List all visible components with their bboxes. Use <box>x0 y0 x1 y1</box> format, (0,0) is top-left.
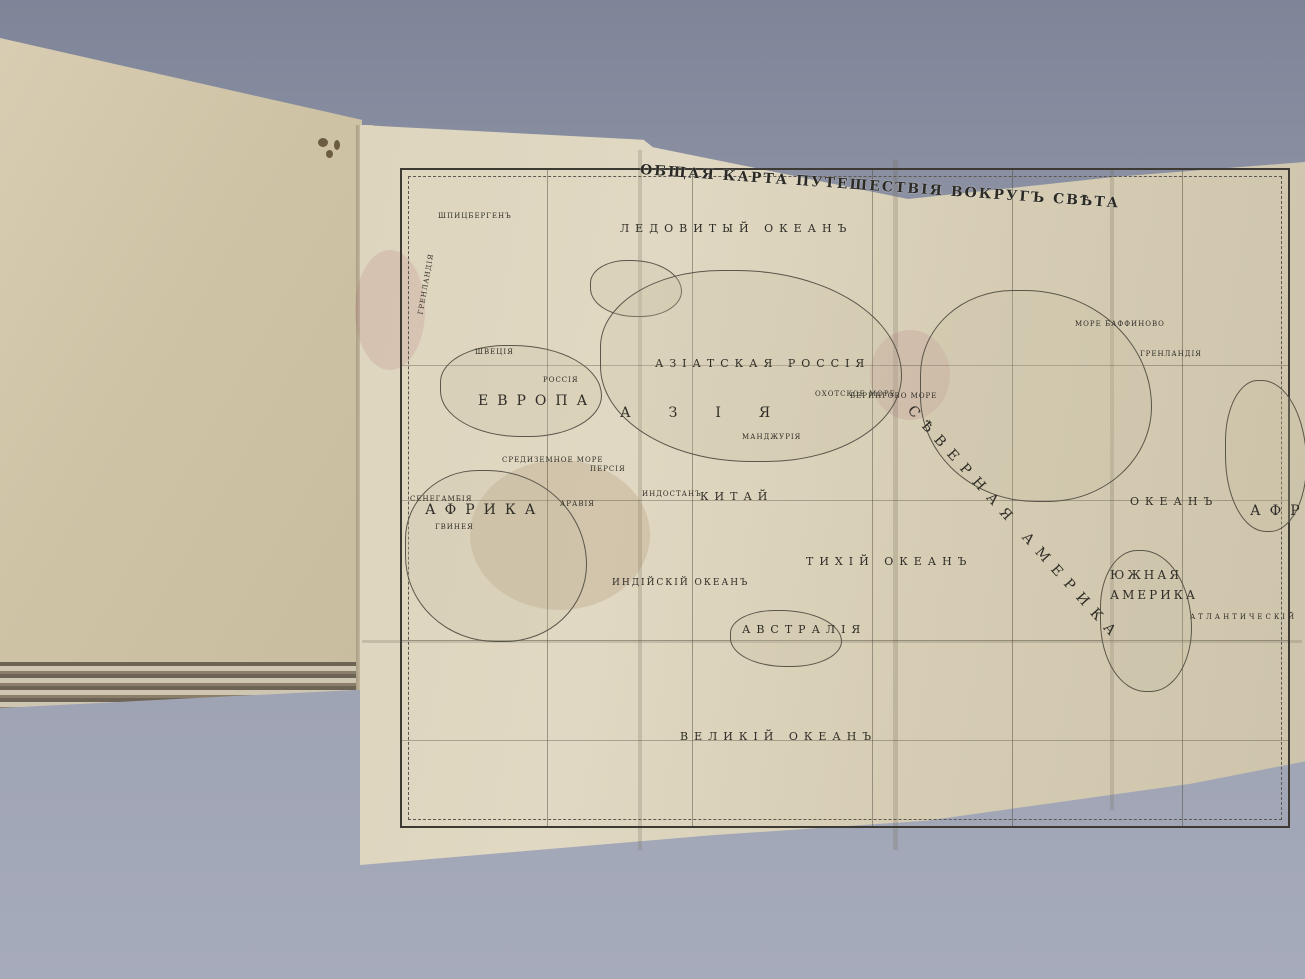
book-left-page <box>0 38 362 668</box>
label-ocean: ОКЕАНЪ <box>1130 495 1218 508</box>
label-russia: РОССІЯ <box>543 376 579 384</box>
label-sweden: ШВЕЦІЯ <box>475 348 514 356</box>
label-baffin-sea: МОРЕ БАФФИНОВО <box>1075 320 1165 328</box>
label-spitsbergen: ШПИЦБЕРГЕНЪ <box>438 212 512 220</box>
label-manchuria: МАНДЖУРІЯ <box>742 433 801 441</box>
stain-spot <box>334 140 340 150</box>
label-south-america-2: АМЕРИКА <box>1110 588 1198 602</box>
label-africa-right: АФРИКА <box>1250 503 1305 519</box>
label-arabia: АРАВІЯ <box>560 500 595 508</box>
stain-spot <box>318 138 328 147</box>
label-africa: АФРИКА <box>425 502 544 518</box>
label-south-america-1: ЮЖНАЯ <box>1110 568 1182 582</box>
label-persia: ПЕРСІЯ <box>590 465 626 473</box>
label-europe: ЕВРОПА <box>478 393 596 409</box>
label-asia: АЗІЯ <box>620 405 808 421</box>
label-china: КИТАЙ <box>700 490 773 503</box>
label-mediterranean: СРЕДИЗЕМНОЕ МОРЕ <box>502 456 604 464</box>
label-indian-ocean: ИНДІЙСКІЙ ОКЕАНЪ <box>612 578 749 588</box>
stain-spot <box>326 150 333 158</box>
label-pacific-ocean: ТИХІЙ ОКЕАНЪ <box>806 555 972 568</box>
label-australia: АВСТРАЛІЯ <box>742 623 866 636</box>
label-atlantic-ocean: АТЛАНТИЧЕСКІЙ <box>1190 613 1297 621</box>
label-arctic-ocean: ЛЕДОВИТЫЙ ОКЕАНЪ <box>620 222 852 235</box>
label-asiatic-russia: АЗІАТСКАЯ РОССІЯ <box>655 357 870 370</box>
label-bering-sea: БЕРИНГОВО МОРЕ <box>850 392 937 400</box>
label-hindustan: ИНДОСТАНЪ <box>642 490 702 498</box>
label-guinea: ГВИНЕЯ <box>435 523 474 531</box>
label-great-ocean: ВЕЛИКІЙ ОКЕАНЪ <box>680 730 877 743</box>
label-greenland-right: ГРЕНЛАНДІЯ <box>1140 350 1202 358</box>
